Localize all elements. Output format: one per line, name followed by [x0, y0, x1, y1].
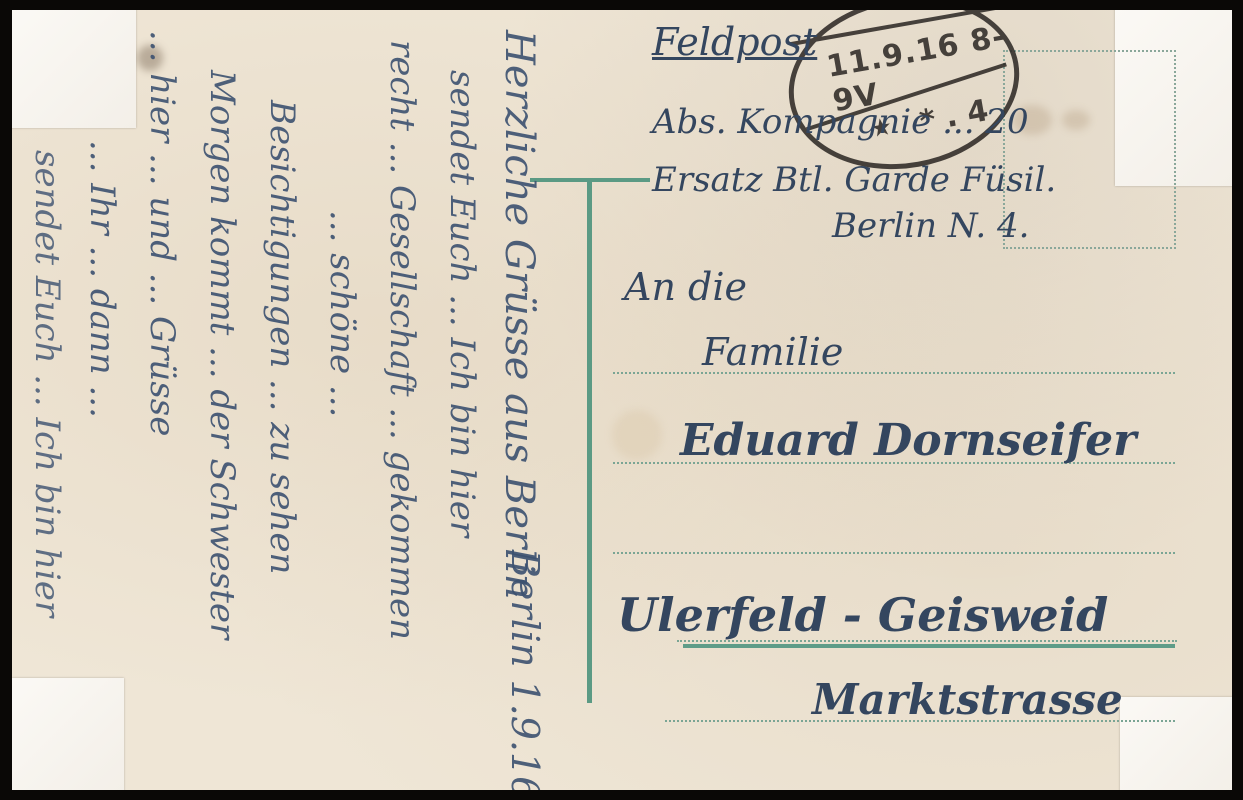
divider-vertical	[587, 178, 592, 703]
stain	[612, 410, 662, 460]
sender-heading: Feldpost	[652, 20, 817, 64]
address-line-1	[613, 372, 1175, 374]
recipient-line-2: Eduard Dornseifer	[680, 415, 1136, 466]
address-line-4-solid	[683, 644, 1175, 648]
postcard: 11.9.16 8-9V ★ * . 4 Feldpost Abs. Kompa…	[12, 10, 1232, 790]
message-dateline: Berlin 1.9.16	[503, 550, 547, 790]
message-column-6: Morgen kommt ... der Schwester	[202, 70, 242, 639]
recipient-line-3: Ulerfeld - Geisweid	[617, 588, 1108, 642]
recipient-salutation: An die	[624, 265, 747, 309]
address-line-3	[613, 552, 1175, 554]
message-column-3: recht ... Gesellschaft ... gekommen	[382, 40, 422, 640]
message-column-7: ... hier ... und ... Grüsse	[142, 30, 182, 436]
message-column-8: ... Ihr ... dann ...	[82, 140, 122, 418]
sender-line-3: Berlin N. 4.	[832, 206, 1029, 246]
message-column-2: sendet Euch ... Ich bin hier	[442, 70, 482, 537]
sender-line-2: Ersatz Btl. Garde Füsil.	[652, 160, 1056, 200]
message-column-1: Herzliche Grüsse aus Berlin	[496, 30, 542, 600]
photo-corner-mount-bottom-left	[12, 678, 124, 790]
photo-corner-mount-bottom-right	[1120, 697, 1232, 790]
recipient-line-1: Familie	[702, 330, 843, 374]
sender-line-1: Abs. Kompagnie ... 20	[652, 102, 1029, 142]
recipient-line-4: Marktstrasse	[812, 675, 1123, 724]
message-column-5: Besichtigungen ... zu sehen	[262, 100, 302, 574]
message-column-9: sendet Euch ... Ich bin hier	[27, 150, 67, 617]
message-column-4: ... schöne ...	[322, 210, 362, 417]
photo-corner-mount-top-left	[12, 10, 136, 128]
